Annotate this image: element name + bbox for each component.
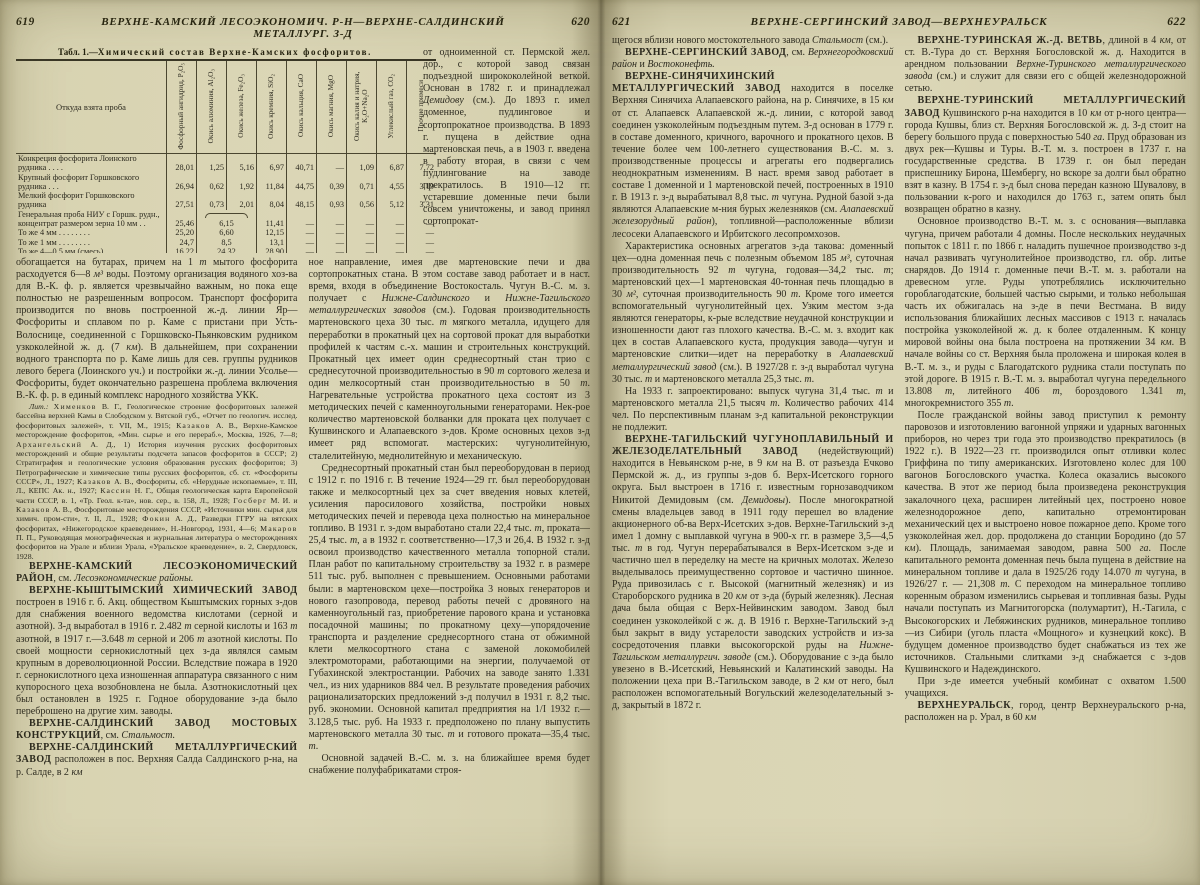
table-cell: — bbox=[347, 247, 377, 253]
table-column-header: Окись магния, MgO bbox=[317, 60, 347, 154]
paragraph: ВЕРХНЕ-СИНЯЧИХИНСКИЙ МЕТАЛЛУРГИЧЕСКИЙ ЗА… bbox=[612, 71, 894, 240]
table-row: То же 1 мм . . . . . . . .24,78,513,1———… bbox=[16, 238, 436, 248]
row-label: То же 4—0,5 мм (смесь) . . bbox=[16, 247, 167, 253]
table-column-header: Углекислый газ, CO₂ bbox=[377, 60, 407, 154]
book-spread: 619 ВЕРХНЕ-КАМСКИЙ ЛЕСОЭКОНОМИЧ. Р-Н—ВЕР… bbox=[0, 0, 1200, 885]
table-header-row: Откуда взята проба Фосфорный ангидрид, P… bbox=[16, 60, 436, 154]
table-cell: 13,1 bbox=[257, 238, 287, 248]
table-cell: 0,71 bbox=[347, 173, 377, 192]
row-label: Крупный фосфорит Горшковского рудника . … bbox=[16, 173, 167, 192]
table-row: Генеральная проба НИУ с Горшк. рудн., ко… bbox=[16, 210, 436, 229]
table-cell: — bbox=[287, 228, 317, 238]
table-row: Конкреция фосфорита Лоинского рудника . … bbox=[16, 154, 436, 173]
table-column-header: Фосфорный ангидрид, P₂O₅ bbox=[167, 60, 197, 154]
table-cell: 12,15 bbox=[257, 228, 287, 238]
table-stub-header: Откуда взята проба bbox=[16, 60, 167, 154]
left-page-column-2: ное направление, имея две мартеновские п… bbox=[309, 257, 591, 777]
row-label: Генеральная проба НИУ с Горшк. рудн., ко… bbox=[16, 210, 167, 229]
row-label: Конкреция фосфорита Лоинского рудника . … bbox=[16, 154, 167, 173]
table-cell: 11,41 bbox=[257, 210, 287, 229]
right-page-column-2: ВЕРХНЕ-ТУРИНСКАЯ Ж.-Д. ВЕТВЬ, длиной в 4… bbox=[905, 35, 1187, 724]
table-row: Крупный фосфорит Горшковского рудника . … bbox=[16, 173, 436, 192]
table-cell: — bbox=[377, 228, 407, 238]
row-label: То же 4 мм . . . . . . . . bbox=[16, 228, 167, 238]
phosphorite-table-block: Табл. 1.—Химический состав Верхне-Камски… bbox=[16, 47, 414, 253]
paragraph: ВЕРХНЕ-ТУРИНСКИЙ МЕТАЛЛУРГИЧЕСКИЙ ЗАВОД … bbox=[905, 95, 1187, 216]
table-column-header: Окись калия и натрия, K₂O+Na₂O bbox=[347, 60, 377, 154]
table-cell: 6,15 bbox=[197, 210, 257, 229]
table-cell: 0,93 bbox=[317, 191, 347, 210]
paragraph: На 1933 г. запроектировано: выпуск чугун… bbox=[612, 386, 894, 434]
table-cell: 44,75 bbox=[287, 173, 317, 192]
table-cell: 16,22 bbox=[167, 247, 197, 253]
paragraph: ВЕРХНЕ-КАМСКИЙ ЛЕСОЭКОНОМИЧЕСКИЙ РАЙОН, … bbox=[16, 561, 298, 585]
table-column-header: Окись кальция, CaO bbox=[287, 60, 317, 154]
table-cell: 5,12 bbox=[377, 191, 407, 210]
table-cell: — bbox=[317, 228, 347, 238]
paragraph: ВЕРХНЕ-КЫШТЫМСКИЙ ХИМИЧЕСКИЙ ЗАВОД постр… bbox=[16, 585, 298, 718]
paragraph: При з-де имеется учебный комбинат с охва… bbox=[905, 676, 1187, 700]
paragraph: ВЕРХНЕ-САЛДИНСКИЙ МЕТАЛЛУРГИЧЕСКИЙ ЗАВОД… bbox=[16, 742, 298, 778]
table-cell: 11,84 bbox=[257, 173, 287, 192]
running-head-left: 619 ВЕРХНЕ-КАМСКИЙ ЛЕСОЭКОНОМИЧ. Р-Н—ВЕР… bbox=[16, 16, 590, 40]
left-page-column-2-top: от одноименной ст. Пермской жел. дор., с… bbox=[423, 47, 590, 253]
table-cell: 24,7 bbox=[167, 238, 197, 248]
table-cell: — bbox=[377, 210, 407, 229]
left-page-columns: обогащается на бутарах, причем на 1 т мы… bbox=[16, 257, 590, 779]
table-cell: — bbox=[347, 228, 377, 238]
table-column-header: Окись алюминия, Al₂O₃ bbox=[197, 60, 227, 154]
table-row: Мелкий фосфорит Горшковского рудника27,5… bbox=[16, 191, 436, 210]
table-cell: 27,51 bbox=[167, 191, 197, 210]
paragraph: ВЕРХНЕ-СЕРГИНСКИЙ ЗАВОД, см. Верхнегород… bbox=[612, 47, 894, 71]
table-cell: 25,20 bbox=[167, 228, 197, 238]
table-row: То же 4 мм . . . . . . . .25,206,6012,15… bbox=[16, 228, 436, 238]
table-cell: 5,16 bbox=[227, 154, 257, 173]
row-label: Мелкий фосфорит Горшковского рудника bbox=[16, 191, 167, 210]
table-cell: — bbox=[317, 154, 347, 173]
table-cell: 6,60 bbox=[197, 228, 257, 238]
paragraph: ВЕРХНЕУРАЛЬСК, город, центр Верхнеуральс… bbox=[905, 700, 1187, 724]
paragraph: обогащается на бутарах, причем на 1 т мы… bbox=[16, 257, 298, 402]
table-cell: 0,73 bbox=[197, 191, 227, 210]
table-cell: 1,09 bbox=[347, 154, 377, 173]
table-cell: 8,04 bbox=[257, 191, 287, 210]
table-and-text-row: Табл. 1.—Химический состав Верхне-Камски… bbox=[16, 47, 590, 253]
right-page: 621 ВЕРХНЕ-СЕРГИНСКИЙ ЗАВОД—ВЕРХНЕУРАЛЬС… bbox=[600, 0, 1200, 885]
left-page: 619 ВЕРХНЕ-КАМСКИЙ ЛЕСОЭКОНОМИЧ. Р-Н—ВЕР… bbox=[0, 0, 600, 885]
paragraph: ное направление, имея две мартеновские п… bbox=[309, 257, 591, 463]
right-page-column-1: щегося вблизи нового мостокотельного зав… bbox=[612, 35, 894, 712]
page-number: 620 bbox=[544, 16, 590, 28]
paragraph: Основной задачей В.-С. м. з. на ближайше… bbox=[309, 753, 591, 777]
table-cell: — bbox=[317, 210, 347, 229]
table-cell: 24,32 bbox=[197, 247, 257, 253]
paragraph: ВЕРХНЕ-САЛДИНСКИЙ ЗАВОД МОСТОВЫХ КОНСТРУ… bbox=[16, 718, 298, 742]
table-cell: 6,97 bbox=[257, 154, 287, 173]
table-cell: 0,39 bbox=[317, 173, 347, 192]
phosphorite-composition-table: Откуда взята проба Фосфорный ангидрид, P… bbox=[16, 59, 436, 253]
right-page-columns: щегося вблизи нового мостокотельного зав… bbox=[612, 35, 1186, 867]
table-cell: 1,25 bbox=[197, 154, 227, 173]
table-cell: — bbox=[377, 247, 407, 253]
table-cell: 8,5 bbox=[197, 238, 257, 248]
paragraph: Среднесортный прокатный стан был переобо… bbox=[309, 463, 591, 753]
table-cell: 28,90 bbox=[257, 247, 287, 253]
page-number: 621 bbox=[612, 16, 658, 28]
table-column-header: Окись кремния, SiO₂ bbox=[257, 60, 287, 154]
table-cell: 0,56 bbox=[347, 191, 377, 210]
table-cell: 6,87 bbox=[377, 154, 407, 173]
table-column-header: Окись железа, Fe₂O₃ bbox=[227, 60, 257, 154]
table-cell: — bbox=[347, 238, 377, 248]
table-cell: 26,94 bbox=[167, 173, 197, 192]
bibliography-paragraph: Лит.: Хименков В. Г., Геологическое стро… bbox=[16, 402, 298, 561]
table-row: То же 4—0,5 мм (смесь) . .16,2224,3228,9… bbox=[16, 247, 436, 253]
table-cell: — bbox=[377, 238, 407, 248]
table-cell: — bbox=[317, 238, 347, 248]
paragraph: ВЕРХНЕ-ТАГИЛЬСКИЙ ЧУГУНОПЛАВИЛЬНЫЙ И ЖЕЛ… bbox=[612, 434, 894, 712]
table-cell: — bbox=[287, 210, 317, 229]
table-cell: 28,01 bbox=[167, 154, 197, 173]
table-cell: — bbox=[287, 247, 317, 253]
paragraph: от одноименной ст. Пермской жел. дор., с… bbox=[423, 47, 590, 228]
running-title: ВЕРХНЕ-СЕРГИНСКИЙ ЗАВОД—ВЕРХНЕУРАЛЬСК bbox=[658, 16, 1140, 28]
paragraph: ВЕРХНЕ-ТУРИНСКАЯ Ж.-Д. ВЕТВЬ, длиной в 4… bbox=[905, 35, 1187, 95]
paragraph: Характеристика основных агрегатов з-да т… bbox=[612, 241, 894, 386]
page-number: 622 bbox=[1140, 16, 1186, 28]
table-cell: 4,55 bbox=[377, 173, 407, 192]
table-title: Табл. 1.—Химический состав Верхне-Камски… bbox=[16, 47, 414, 57]
running-title: ВЕРХНЕ-КАМСКИЙ ЛЕСОЭКОНОМИЧ. Р-Н—ВЕРХНЕ-… bbox=[62, 16, 544, 40]
table-cell: 48,15 bbox=[287, 191, 317, 210]
table-cell: 0,62 bbox=[197, 173, 227, 192]
paragraph: щегося вблизи нового мостокотельного зав… bbox=[612, 35, 894, 47]
table-cell: — bbox=[317, 247, 347, 253]
table-cell: 2,01 bbox=[227, 191, 257, 210]
table-cell: 1,92 bbox=[227, 173, 257, 192]
running-head-right: 621 ВЕРХНЕ-СЕРГИНСКИЙ ЗАВОД—ВЕРХНЕУРАЛЬС… bbox=[612, 16, 1186, 28]
table-cell: 25,46 bbox=[167, 210, 197, 229]
table-cell: — bbox=[287, 238, 317, 248]
left-page-column-1: обогащается на бутарах, причем на 1 т мы… bbox=[16, 257, 298, 779]
table-cell: — bbox=[347, 210, 377, 229]
row-label: То же 1 мм . . . . . . . . bbox=[16, 238, 167, 248]
table-cell: 40,71 bbox=[287, 154, 317, 173]
paragraph: Основное производство В.-Т. м. з. с осно… bbox=[905, 216, 1187, 410]
paragraph: После гражданской войны завод приступил … bbox=[905, 410, 1187, 676]
page-number: 619 bbox=[16, 16, 62, 28]
